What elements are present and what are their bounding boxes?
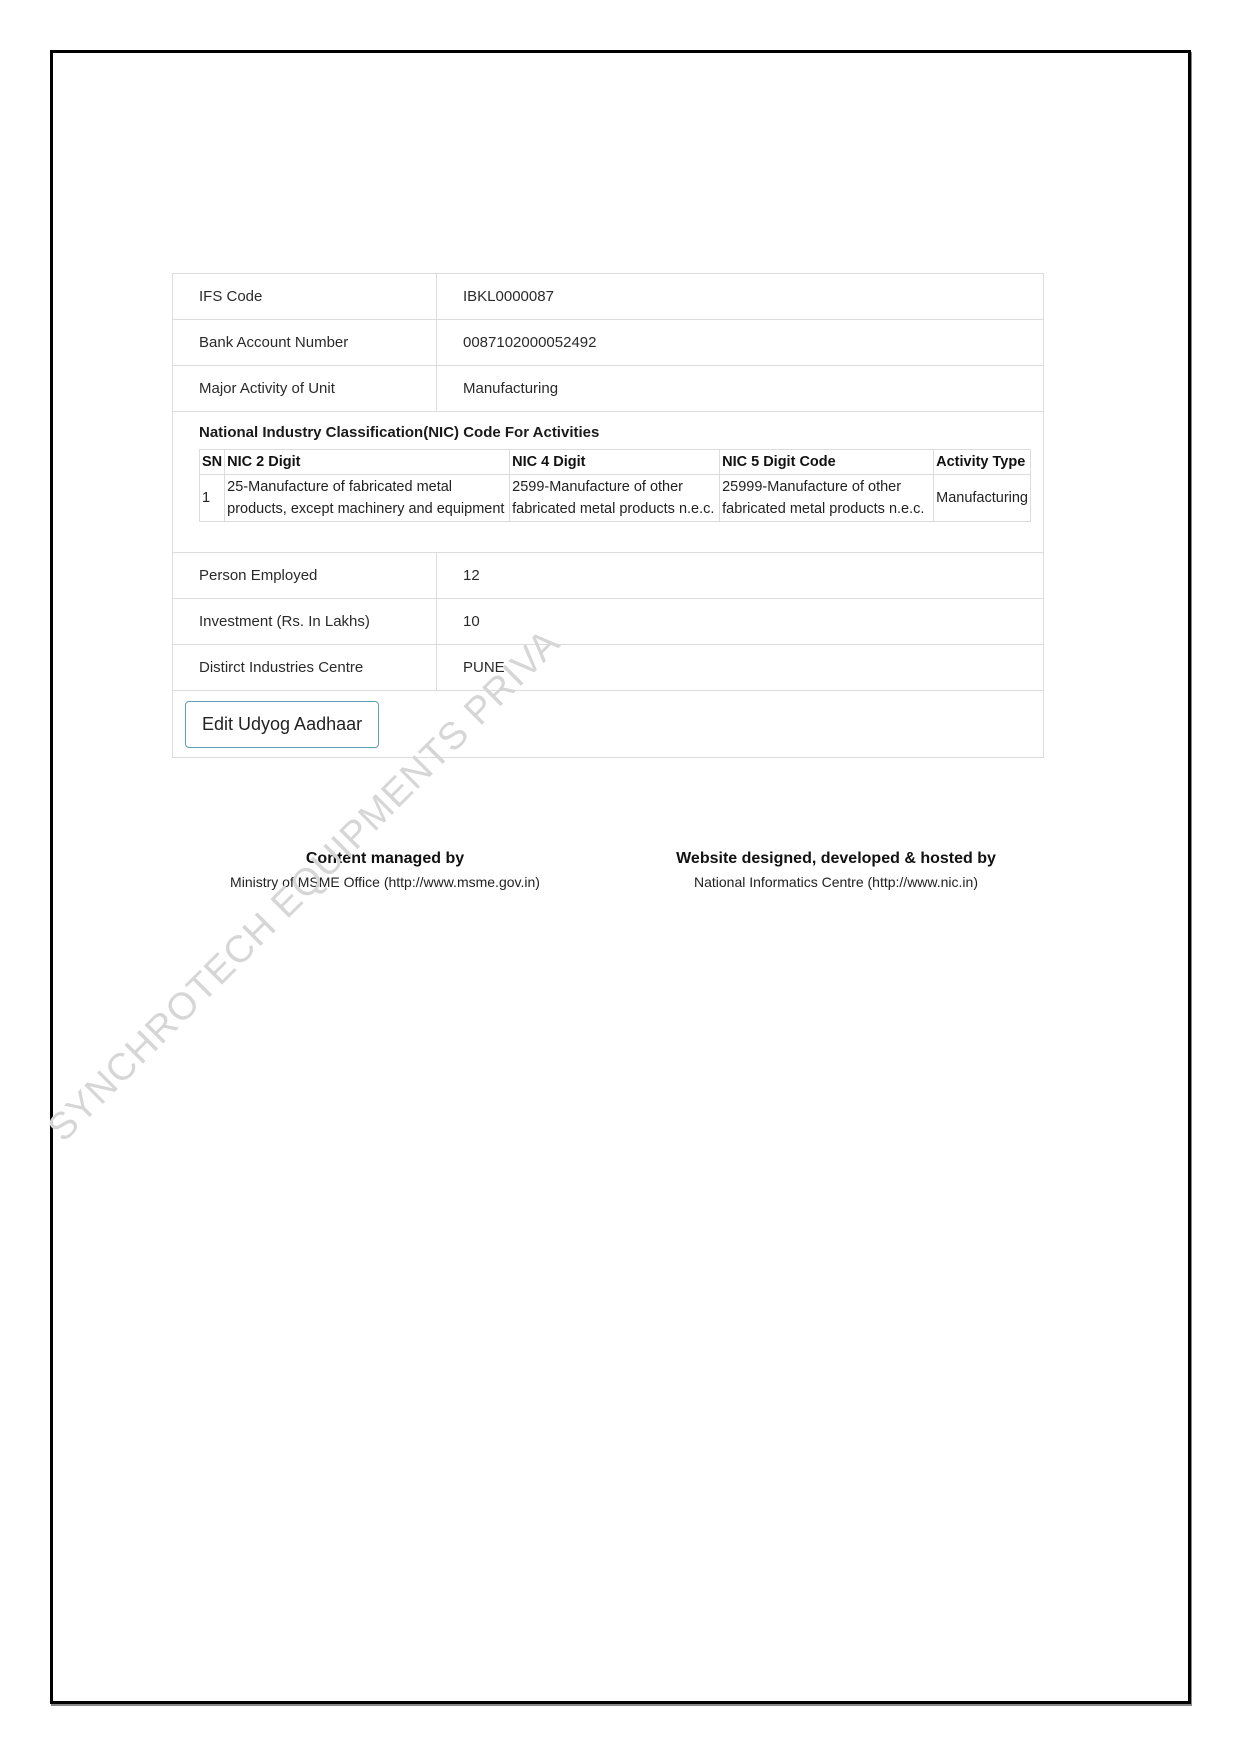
nic-section: National Industry Classification(NIC) Co…: [173, 412, 1044, 553]
nic-header-activity-type: Activity Type: [934, 450, 1031, 475]
major-activity-value: Manufacturing: [437, 366, 1044, 412]
nic-header-sn: SN: [200, 450, 225, 475]
district-centre-label: Distirct Industries Centre: [173, 645, 437, 691]
footer-content-managed-heading: Content managed by: [165, 850, 605, 868]
nic-header-nic2: NIC 2 Digit: [225, 450, 510, 475]
nic-table: SN NIC 2 Digit NIC 4 Digit NIC 5 Digit C…: [199, 449, 1031, 522]
nic-sn: 1: [200, 475, 225, 522]
ifs-code-value: IBKL0000087: [437, 274, 1044, 320]
table-row-district-centre: Distirct Industries Centre PUNE: [173, 645, 1044, 691]
table-row-bank-account: Bank Account Number 0087102000052492: [173, 320, 1044, 366]
nic-4-digit: 2599-Manufacture of other fabricated met…: [510, 475, 720, 522]
footer-website-hosted: Website designed, developed & hosted by …: [616, 850, 1056, 890]
nic-header-nic4: NIC 4 Digit: [510, 450, 720, 475]
nic-5-digit: 25999-Manufacture of other fabricated me…: [720, 475, 934, 522]
table-row-ifs-code: IFS Code IBKL0000087: [173, 274, 1044, 320]
ifs-code-label: IFS Code: [173, 274, 437, 320]
footer-website-hosted-text: National Informatics Centre (http://www.…: [616, 874, 1056, 890]
udyog-details-table: IFS Code IBKL0000087 Bank Account Number…: [172, 273, 1044, 758]
investment-value: 10: [437, 599, 1044, 645]
nic-section-title: National Industry Classification(NIC) Co…: [199, 424, 1031, 441]
table-row-person-employed: Person Employed 12: [173, 553, 1044, 599]
table-row-nic: National Industry Classification(NIC) Co…: [173, 412, 1044, 553]
district-centre-value: PUNE: [437, 645, 1044, 691]
nic-header-nic5: NIC 5 Digit Code: [720, 450, 934, 475]
person-employed-value: 12: [437, 553, 1044, 599]
nic-2-digit: 25-Manufacture of fabricated metal produ…: [225, 475, 510, 522]
nic-header-row: SN NIC 2 Digit NIC 4 Digit NIC 5 Digit C…: [200, 450, 1031, 475]
table-row: 1 25-Manufacture of fabricated metal pro…: [200, 475, 1031, 522]
edit-udyog-aadhaar-button[interactable]: Edit Udyog Aadhaar: [185, 701, 379, 748]
table-row-actions: Edit Udyog Aadhaar: [173, 691, 1044, 758]
person-employed-label: Person Employed: [173, 553, 437, 599]
investment-label: Investment (Rs. In Lakhs): [173, 599, 437, 645]
table-row-major-activity: Major Activity of Unit Manufacturing: [173, 366, 1044, 412]
bank-account-value: 0087102000052492: [437, 320, 1044, 366]
footer-website-hosted-heading: Website designed, developed & hosted by: [616, 850, 1056, 868]
footer-content-managed: Content managed by Ministry of MSME Offi…: [165, 850, 605, 890]
major-activity-label: Major Activity of Unit: [173, 366, 437, 412]
table-row-investment: Investment (Rs. In Lakhs) 10: [173, 599, 1044, 645]
nic-activity-type: Manufacturing: [934, 475, 1031, 522]
actions-cell: Edit Udyog Aadhaar: [173, 691, 1044, 758]
footer-content-managed-text: Ministry of MSME Office (http://www.msme…: [165, 874, 605, 890]
bank-account-label: Bank Account Number: [173, 320, 437, 366]
